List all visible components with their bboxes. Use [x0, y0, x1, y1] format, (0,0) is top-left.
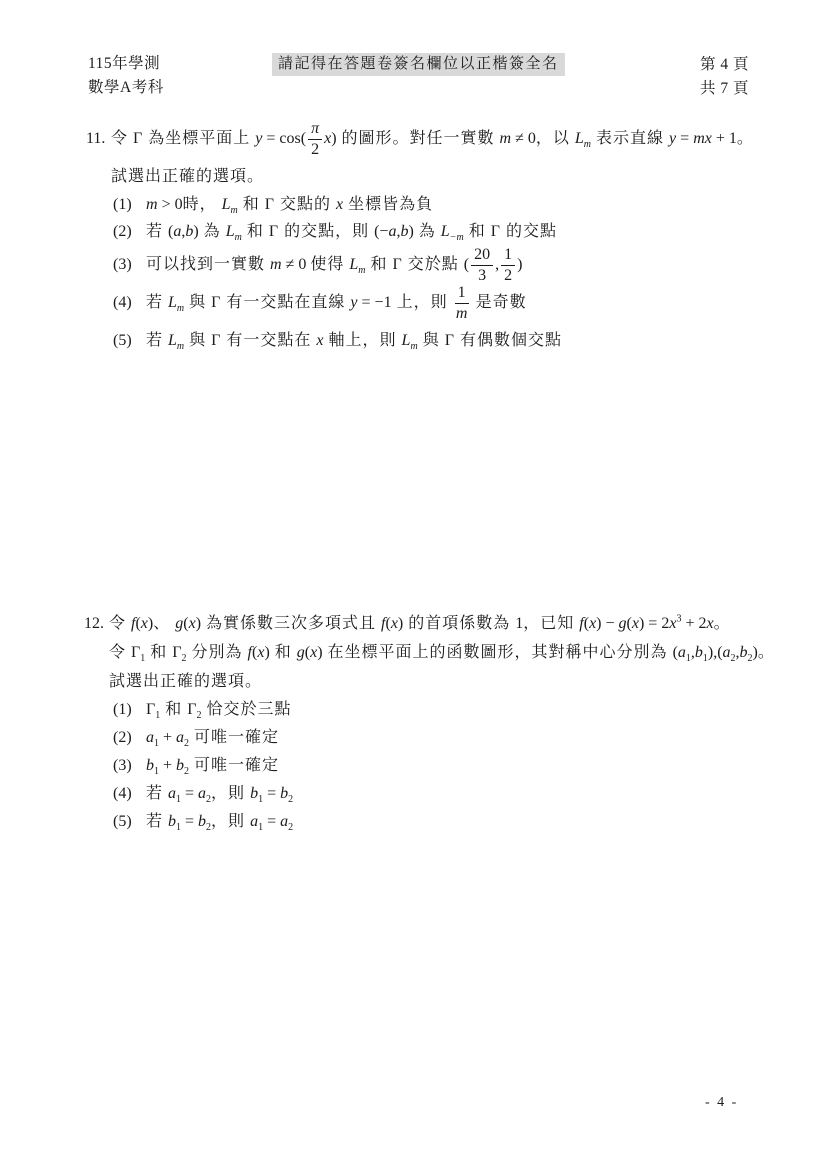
option-text: 若 Lm 與 Γ 有一交點在 x 軸上，則 Lm 與 Γ 有偶數個交點 [146, 330, 562, 352]
option-label: (4) [113, 783, 146, 805]
page-current-label: 第 4 頁 [700, 54, 749, 76]
question-11-number: 11. [86, 120, 111, 158]
exam-year-label: 115年學測 [88, 53, 160, 75]
option-label: (2) [113, 221, 146, 243]
exam-page: 115年學測 數學A考科 請記得在答題卷簽名欄位以正楷簽全名 第 4 頁 共 7… [0, 0, 827, 1170]
option-label: (1) [113, 699, 146, 721]
exam-subject-label: 數學A考科 [88, 77, 164, 99]
question-11-prompt: 試選出正確的選項。 [111, 166, 264, 188]
option-label: (5) [113, 330, 146, 352]
option-text: 若 (a,b) 為 Lm 和 Γ 的交點，則 (−a,b) 為 L−m 和 Γ … [146, 221, 557, 243]
option-text: Γ1 和 Γ2 恰交於三點 [146, 699, 292, 721]
question-12-stem-line-1: 令 f(x)、 g(x) 為實係數三次多項式且 f(x) 的首項係數為 1，已知… [109, 613, 731, 635]
page-number-footer: - 4 - [705, 1092, 738, 1114]
question-11-option-2: (2) 若 (a,b) 為 Lm 和 Γ 的交點，則 (−a,b) 為 L−m … [113, 221, 557, 243]
question-11-option-1: (1) m > 0時， Lm 和 Γ 交點的 x 坐標皆為負 [113, 194, 433, 216]
question-12-option-3: (3) b1 + b2 可唯一確定 [113, 755, 279, 777]
question-11-option-4: (4) 若 Lm 與 Γ 有一交點在直線 y = −1 上，則 1m 是奇數 [113, 284, 527, 322]
option-label: (1) [113, 194, 146, 216]
option-text: 可以找到一實數 m ≠ 0 使得 Lm 和 Γ 交於點 (203,12) [146, 246, 522, 284]
question-11-option-3: (3) 可以找到一實數 m ≠ 0 使得 Lm 和 Γ 交於點 (203,12) [113, 246, 522, 284]
option-text: b1 + b2 可唯一確定 [146, 755, 279, 777]
option-label: (5) [113, 811, 146, 833]
question-12-option-4: (4) 若 a1 = a2，則 b1 = b2 [113, 783, 293, 805]
option-label: (3) [113, 246, 146, 284]
option-text: m > 0時， Lm 和 Γ 交點的 x 坐標皆為負 [146, 194, 433, 216]
option-text: 若 Lm 與 Γ 有一交點在直線 y = −1 上，則 1m 是奇數 [146, 284, 527, 322]
option-text: 若 b1 = b2，則 a1 = a2 [146, 811, 293, 833]
question-12-option-1: (1) Γ1 和 Γ2 恰交於三點 [113, 699, 292, 721]
question-12-prompt: 試選出正確的選項。 [109, 671, 262, 693]
question-11-stem: 令 Γ 為坐標平面上 y = cos(π2x) 的圖形。對任一實數 m ≠ 0，… [111, 120, 754, 158]
option-label: (2) [113, 727, 146, 749]
question-12-number: 12. [84, 613, 109, 635]
option-text: 若 a1 = a2，則 b1 = b2 [146, 783, 293, 805]
page-total-label: 共 7 頁 [700, 78, 749, 100]
option-label: (4) [113, 284, 146, 322]
question-12-stem-line-2: 令 Γ1 和 Γ2 分別為 f(x) 和 g(x) 在坐標平面上的函數圖形，其對… [109, 642, 775, 664]
question-12-option-2: (2) a1 + a2 可唯一確定 [113, 727, 279, 749]
signature-notice: 請記得在答題卷簽名欄位以正楷簽全名 [272, 53, 565, 76]
question-11-option-5: (5) 若 Lm 與 Γ 有一交點在 x 軸上，則 Lm 與 Γ 有偶數個交點 [113, 330, 562, 352]
option-label: (3) [113, 755, 146, 777]
option-text: a1 + a2 可唯一確定 [146, 727, 279, 749]
question-12-option-5: (5) 若 b1 = b2，則 a1 = a2 [113, 811, 293, 833]
